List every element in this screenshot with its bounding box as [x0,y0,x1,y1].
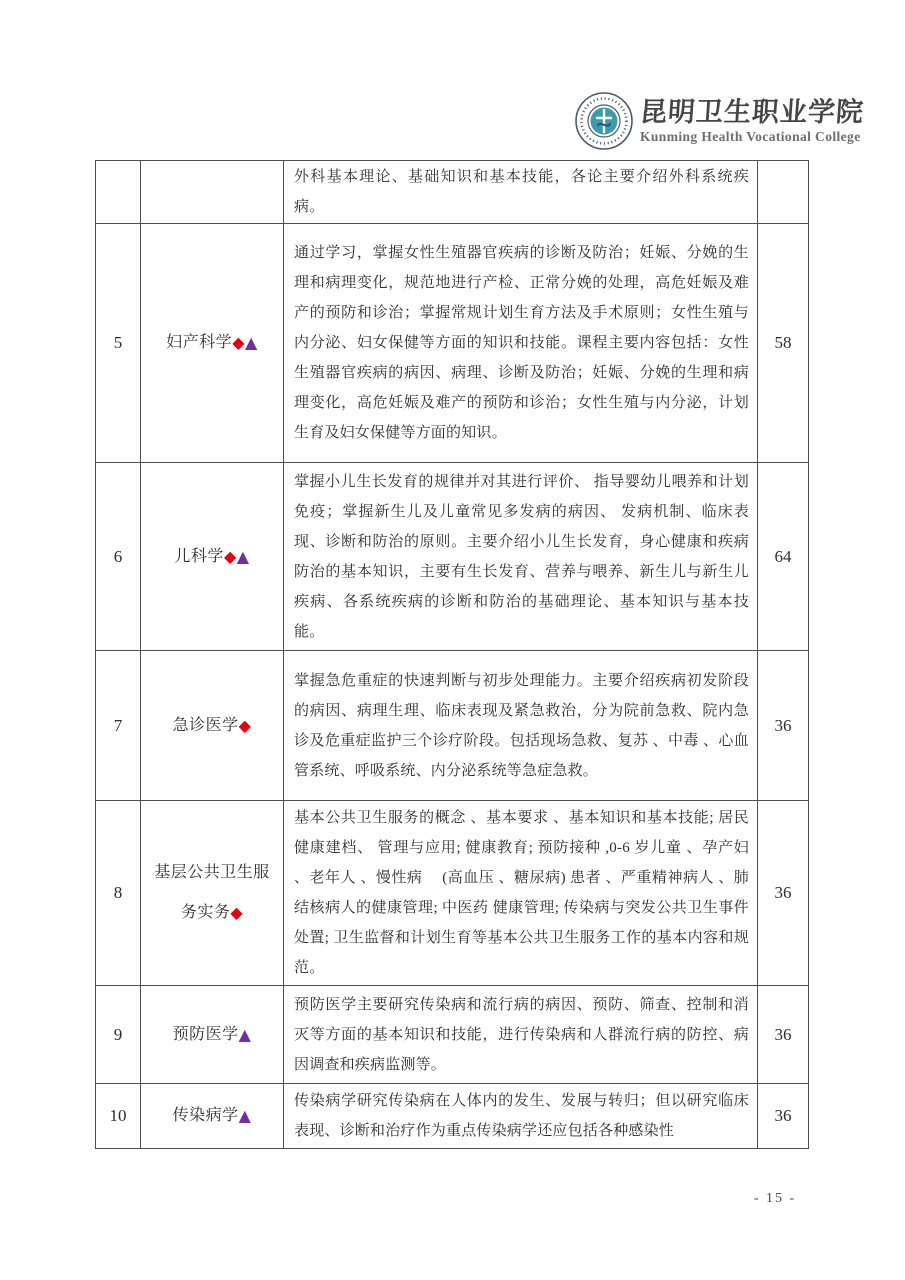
table-row: 7急诊医学◆掌握急危重症的快速判断与初步处理能力。主要介绍疾病初发阶段的病因、病… [96,651,809,801]
course-name: 急诊医学 [173,717,239,734]
college-seal-icon [574,91,634,151]
course-name: 妇产科学 [166,334,232,351]
table-row: 外科基本理论、基础知识和基本技能，各论主要介绍外科系统疾病。 [96,161,809,224]
course-name-cell: 儿科学◆▲ [141,463,284,651]
course-table-body: 外科基本理论、基础知识和基本技能，各论主要介绍外科系统疾病。5妇产科学◆▲通过学… [96,161,809,1149]
course-name-cell: 预防医学▲ [141,986,284,1084]
course-name-cell: 传染病学▲ [141,1084,284,1149]
course-description-cell: 基本公共卫生服务的概念 、基本要求 、基本知识和基本技能; 居民健康建档、 管理… [284,801,758,986]
triangle-marker-icon: ▲ [239,1025,252,1044]
college-name-zh: 昆明卫生职业学院 [639,97,865,127]
course-description-cell: 通过学习，掌握女性生殖器官疾病的诊断及防治；妊娠、分娩的生理和病理变化，规范地进… [284,224,758,463]
diamond-marker-icon: ◆ [230,903,243,922]
table-row: 5妇产科学◆▲通过学习，掌握女性生殖器官疾病的诊断及防治；妊娠、分娩的生理和病理… [96,224,809,463]
course-hours-cell: 36 [758,1084,809,1149]
course-table: 外科基本理论、基础知识和基本技能，各论主要介绍外科系统疾病。5妇产科学◆▲通过学… [95,160,809,1149]
college-name-en: Kunming Health Vocational College [640,128,864,146]
row-number-cell: 9 [96,986,141,1084]
college-name-block: 昆明卫生职业学院 Kunming Health Vocational Colle… [640,97,864,146]
table-row: 6儿科学◆▲掌握小儿生长发育的规律并对其进行评价、 指导婴幼儿喂养和计划免疫；掌… [96,463,809,651]
triangle-marker-icon: ▲ [237,547,250,566]
row-number-cell: 8 [96,801,141,986]
course-name: 儿科学 [174,548,224,565]
diamond-marker-icon: ◆ [224,547,237,566]
row-number-cell: 5 [96,224,141,463]
row-number-cell [96,161,141,224]
course-hours-cell: 36 [758,801,809,986]
course-hours-cell: 58 [758,224,809,463]
page-header: 昆明卫生职业学院 Kunming Health Vocational Colle… [574,88,864,154]
triangle-marker-icon: ▲ [245,333,258,352]
course-hours-cell: 36 [758,986,809,1084]
diamond-marker-icon: ◆ [239,716,252,735]
row-number-cell: 6 [96,463,141,651]
table-row: 10传染病学▲传染病学研究传染病在人体内的发生、发展与转归；但以研究临床表现、诊… [96,1084,809,1149]
course-name: 预防医学 [173,1026,239,1043]
course-name-cell [141,161,284,224]
course-description-cell: 掌握小儿生长发育的规律并对其进行评价、 指导婴幼儿喂养和计划免疫；掌握新生儿及儿… [284,463,758,651]
course-hours-cell: 36 [758,651,809,801]
row-number-cell: 7 [96,651,141,801]
course-name: 基层公共卫生服务实务 [154,864,270,921]
course-description-cell: 外科基本理论、基础知识和基本技能，各论主要介绍外科系统疾病。 [284,161,758,224]
course-name: 传染病学 [173,1107,239,1124]
course-description-cell: 预防医学主要研究传染病和流行病的病因、预防、筛查、控制和消灭等方面的基本知识和技… [284,986,758,1084]
course-hours-cell [758,161,809,224]
course-description-cell: 传染病学研究传染病在人体内的发生、发展与转归；但以研究临床表现、诊断和治疗作为重… [284,1084,758,1149]
course-hours-cell: 64 [758,463,809,651]
course-name-cell: 基层公共卫生服务实务◆ [141,801,284,986]
course-name-cell: 急诊医学◆ [141,651,284,801]
course-name-cell: 妇产科学◆▲ [141,224,284,463]
page-number: - 15 - [730,1191,820,1207]
triangle-marker-icon: ▲ [239,1106,252,1125]
course-description-cell: 掌握急危重症的快速判断与初步处理能力。主要介绍疾病初发阶段的病因、病理生理、临床… [284,651,758,801]
document-page: 昆明卫生职业学院 Kunming Health Vocational Colle… [0,0,905,1280]
table-row: 9预防医学▲预防医学主要研究传染病和流行病的病因、预防、筛查、控制和消灭等方面的… [96,986,809,1084]
row-number-cell: 10 [96,1084,141,1149]
table-row: 8基层公共卫生服务实务◆基本公共卫生服务的概念 、基本要求 、基本知识和基本技能… [96,801,809,986]
diamond-marker-icon: ◆ [232,333,245,352]
